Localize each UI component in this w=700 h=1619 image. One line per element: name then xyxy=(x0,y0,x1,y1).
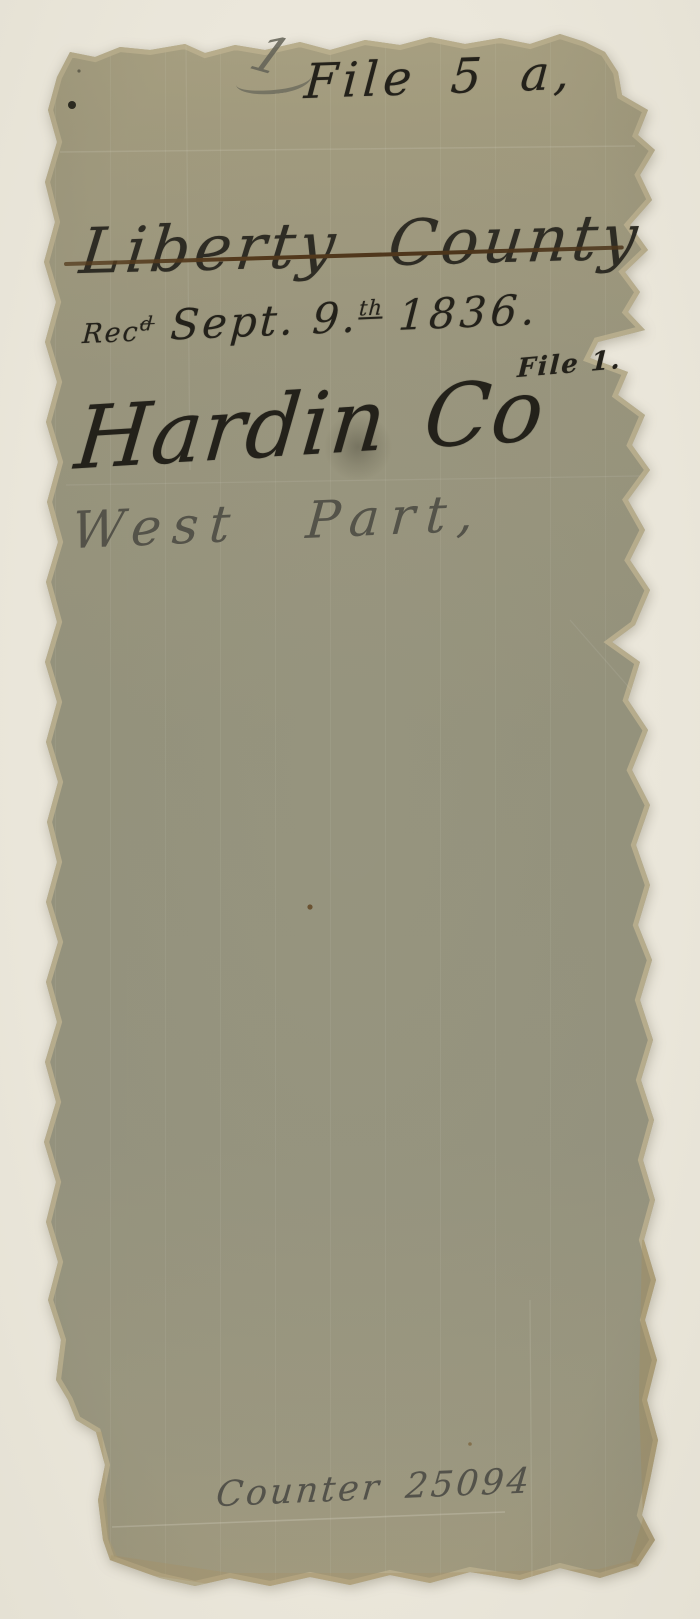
torn-paper-svg xyxy=(0,0,700,1619)
scanned-document-page: 1 File 5 a, Liberty County Recd Sept. 9.… xyxy=(0,0,700,1619)
paper-vignette xyxy=(0,0,700,1619)
paper-hole xyxy=(61,44,67,50)
